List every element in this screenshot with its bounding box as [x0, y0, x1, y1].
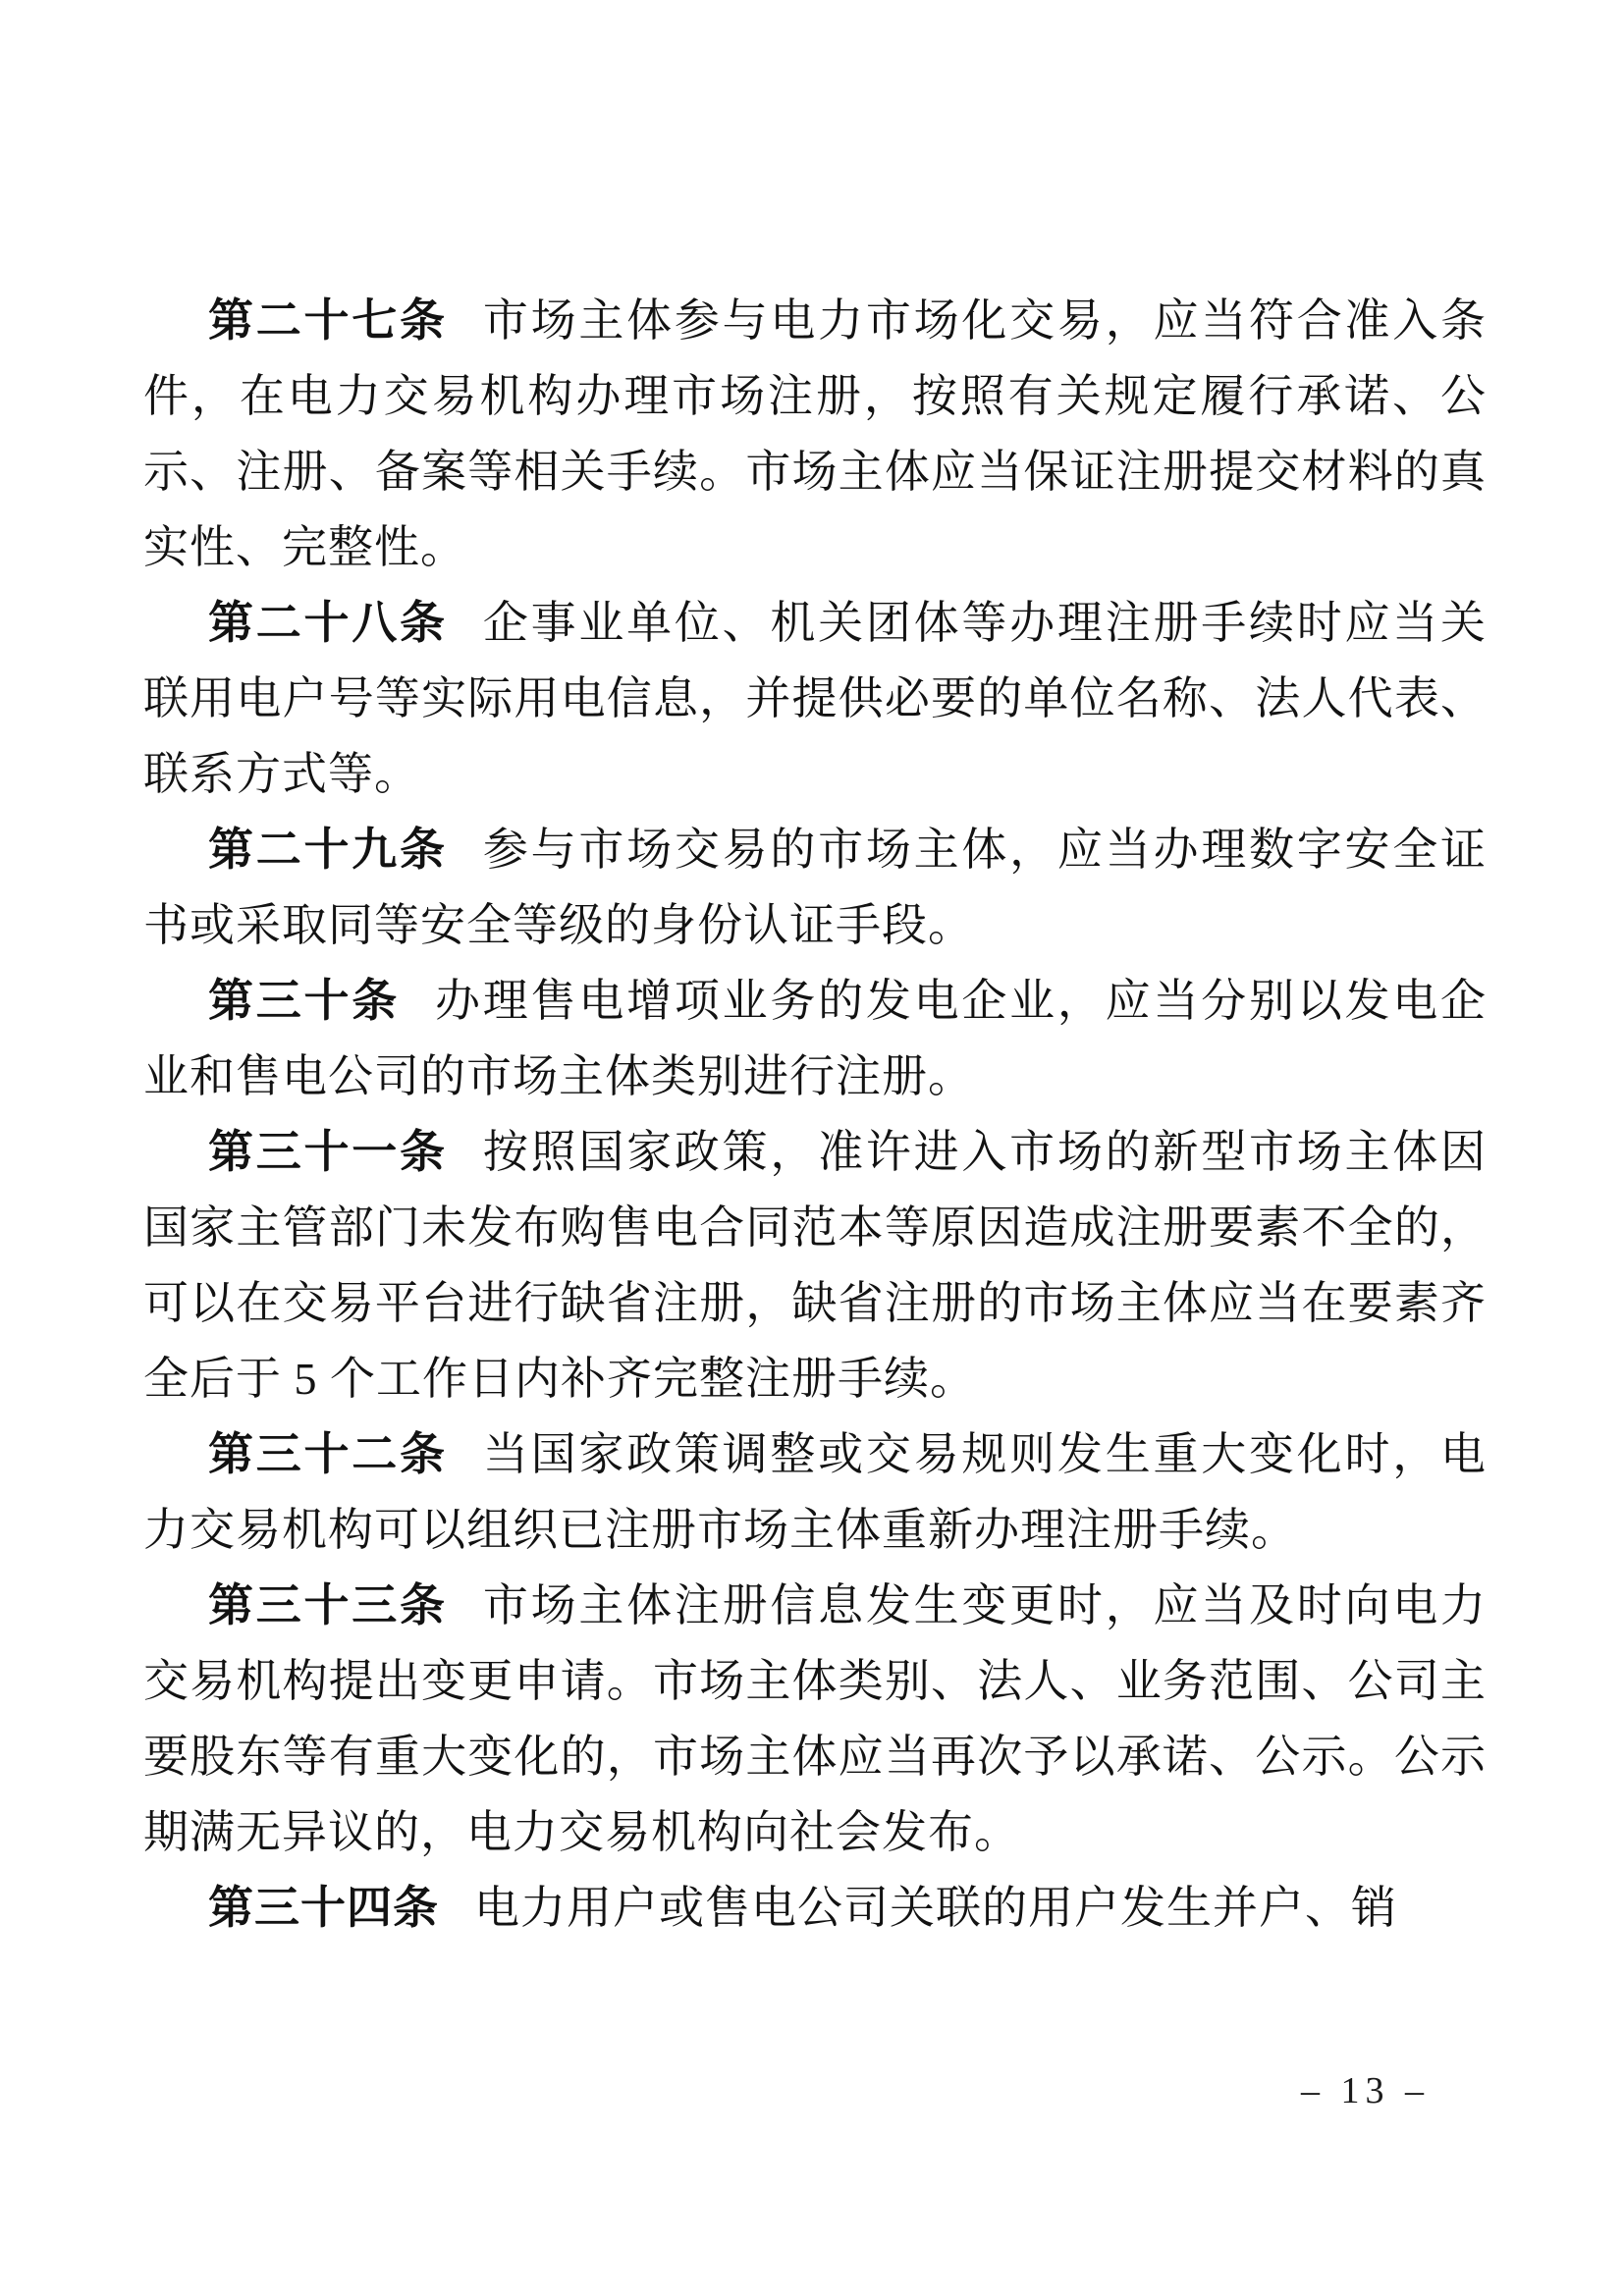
article-number: 第三十条	[208, 975, 400, 1026]
article-paragraph-27: 第二十七条市场主体参与电力市场化交易，应当符合准入条件，在电力交易机构办理市场注…	[143, 283, 1487, 585]
document-page: 第二十七条市场主体参与电力市场化交易，应当符合准入条件，在电力交易机构办理市场注…	[0, 0, 1624, 2296]
article-text: 电力用户或售电公司关联的用户发生并户、销	[474, 1883, 1397, 1933]
article-paragraph-31: 第三十一条按照国家政策，准许进入市场的新型市场主体因国家主管部门未发布购售电合同…	[143, 1114, 1487, 1416]
article-number: 第三十四条	[208, 1882, 439, 1933]
article-number: 第二十八条	[208, 597, 448, 648]
article-number: 第三十一条	[208, 1126, 448, 1177]
article-paragraph-34: 第三十四条电力用户或售电公司关联的用户发生并户、销	[143, 1870, 1487, 1946]
article-number: 第二十七条	[208, 294, 448, 346]
article-paragraph-28: 第二十八条企事业单位、机关团体等办理注册手续时应当关联用电户号等实际用电信息，并…	[143, 585, 1487, 812]
article-number: 第三十三条	[208, 1579, 448, 1630]
article-paragraph-29: 第二十九条参与市场交易的市场主体，应当办理数字安全证书或采取同等安全等级的身份认…	[143, 812, 1487, 963]
article-number: 第二十九条	[208, 824, 448, 875]
article-paragraph-30: 第三十条办理售电增项业务的发电企业，应当分别以发电企业和售电公司的市场主体类别进…	[143, 963, 1487, 1114]
article-number: 第三十二条	[208, 1428, 448, 1479]
article-paragraph-33: 第三十三条市场主体注册信息发生变更时，应当及时向电力交易机构提出变更申请。市场主…	[143, 1568, 1487, 1870]
document-body: 第二十七条市场主体参与电力市场化交易，应当符合准入条件，在电力交易机构办理市场注…	[143, 283, 1487, 1946]
page-number: – 13 –	[1301, 2069, 1430, 2112]
article-paragraph-32: 第三十二条当国家政策调整或交易规则发生重大变化时，电力交易机构可以组织已注册市场…	[143, 1416, 1487, 1568]
